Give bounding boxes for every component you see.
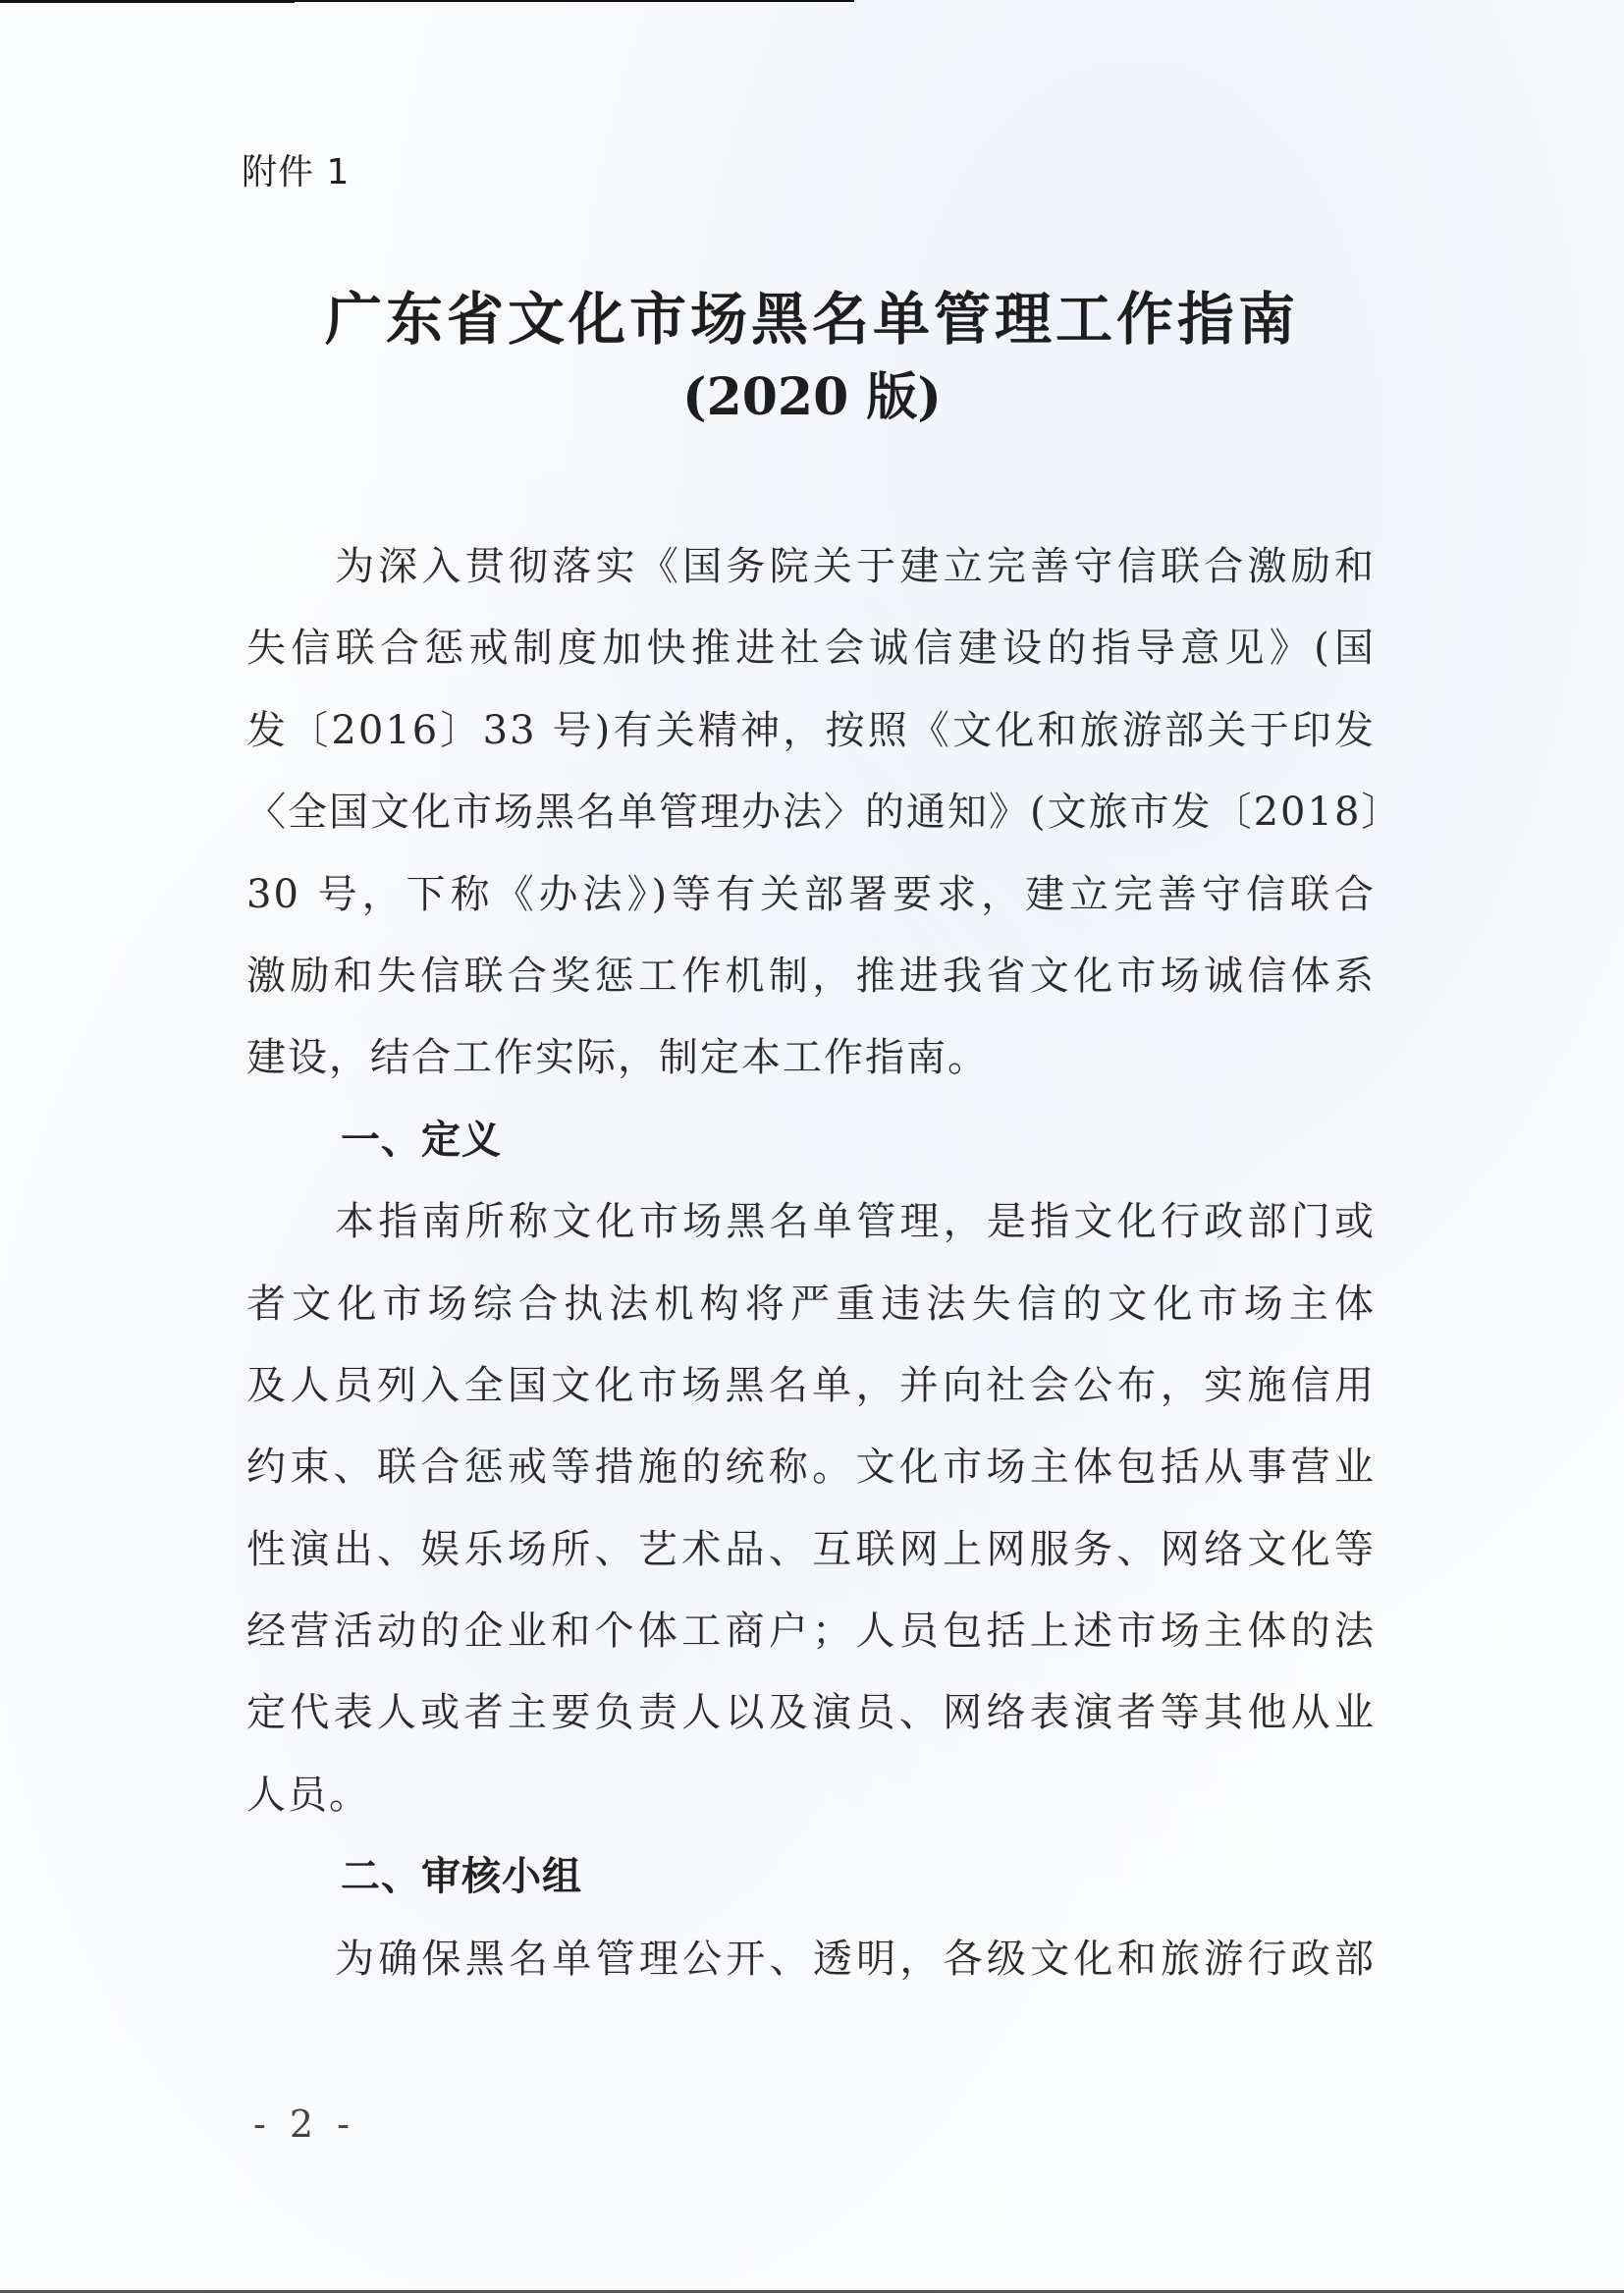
body-line: 经营活动的企业和个体工商户；人员包括上述市场主体的法 bbox=[246, 1591, 1376, 1672]
document-title: 广东省文化市场黑名单管理工作指南 bbox=[0, 285, 1624, 354]
attachment-label: 附件 1 bbox=[242, 149, 350, 196]
document-subtitle-version: (2020 版) bbox=[0, 365, 1624, 430]
body-line: 约束、联合惩戒等措施的统称。文化市场主体包括从事营业 bbox=[246, 1427, 1376, 1508]
body-line: 者文化市场综合执法机构将严重违法失信的文化市场主体 bbox=[246, 1264, 1376, 1345]
body-line: 建设，结合工作实际，制定本工作指南。 bbox=[246, 1017, 1376, 1099]
section-heading-definition: 一、定义 bbox=[246, 1100, 1376, 1181]
body-line: 定代表人或者主要负责人以及演员、网络表演者等其他从业 bbox=[246, 1672, 1376, 1754]
document-body: 为深入贯彻落实《国务院关于建立完善守信联合激励和 失信联合惩戒制度加快推进社会诚… bbox=[246, 526, 1376, 2000]
scan-edge-top bbox=[295, 0, 854, 2]
scan-edge-top bbox=[0, 0, 295, 3]
body-line: 失信联合惩戒制度加快推进社会诚信建设的指导意见》(国 bbox=[246, 608, 1376, 689]
body-line: 性演出、娱乐场所、艺术品、互联网上网服务、网络文化等 bbox=[246, 1509, 1376, 1591]
body-line: 为深入贯彻落实《国务院关于建立完善守信联合激励和 bbox=[246, 526, 1376, 608]
body-line: 〈全国文化市场黑名单管理办法〉的通知》(文旅市发〔2018〕 bbox=[246, 772, 1376, 853]
body-line: 发〔2016〕33 号)有关精神，按照《文化和旅游部关于印发 bbox=[246, 690, 1376, 772]
body-line: 本指南所称文化市场黑名单管理，是指文化行政部门或 bbox=[246, 1181, 1376, 1263]
section-heading-review-group: 二、审核小组 bbox=[246, 1836, 1376, 1918]
page-number: - 2 - bbox=[253, 2102, 355, 2147]
body-line: 及人员列入全国文化市场黑名单，并向社会公布，实施信用 bbox=[246, 1345, 1376, 1427]
body-line: 人员。 bbox=[246, 1755, 1376, 1836]
body-line: 为确保黑名单管理公开、透明，各级文化和旅游行政部 bbox=[246, 1919, 1376, 2000]
body-line: 30 号，下称《办法》)等有关部署要求，建立完善守信联合 bbox=[246, 854, 1376, 936]
document-page: 附件 1 广东省文化市场黑名单管理工作指南 (2020 版) 为深入贯彻落实《国… bbox=[0, 0, 1624, 2293]
body-line: 激励和失信联合奖惩工作机制，推进我省文化市场诚信体系 bbox=[246, 936, 1376, 1017]
